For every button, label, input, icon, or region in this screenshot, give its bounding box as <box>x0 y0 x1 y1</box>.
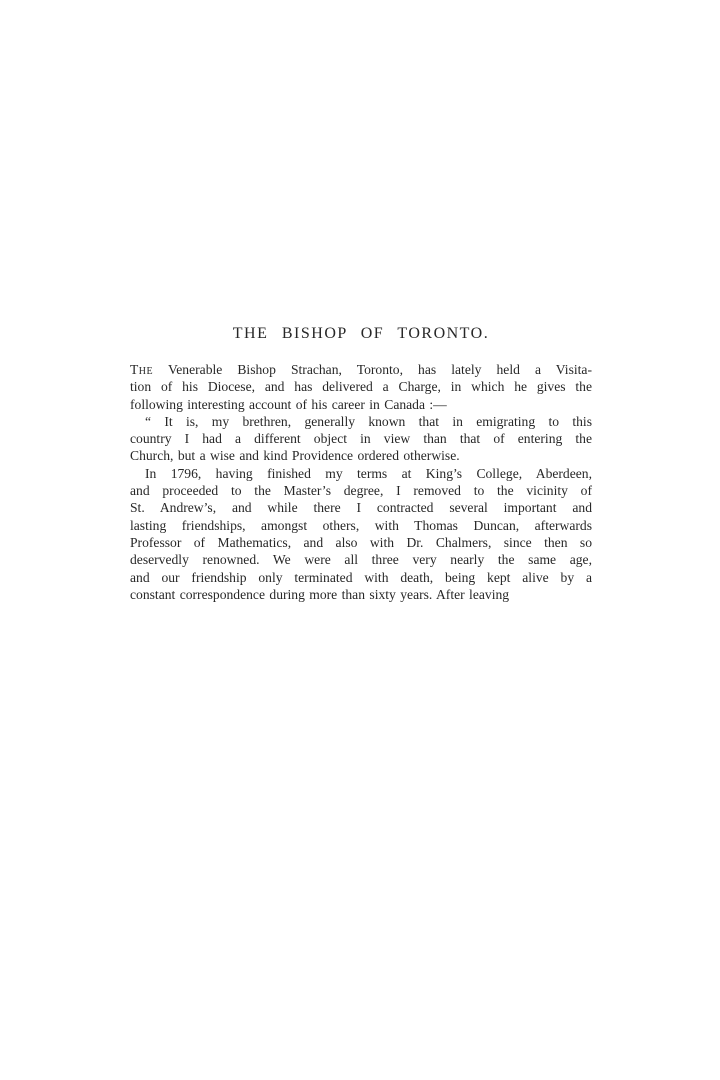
paragraph-intro: The Venerable Bishop Strachan, Toronto, … <box>130 361 592 413</box>
text-line: Professor of Mathematics, and also with … <box>130 534 592 551</box>
text-block: THE BISHOP OF TORONTO. The Venerable Bis… <box>130 325 592 603</box>
page-title: THE BISHOP OF TORONTO. <box>130 325 592 343</box>
text-line: and our friendship only terminated with … <box>130 569 592 586</box>
text-line: following interesting account of his car… <box>130 396 592 413</box>
text-line: constant correspondence during more than… <box>130 586 592 603</box>
smallcaps-lead-word: The <box>130 362 153 377</box>
scanned-book-page: THE BISHOP OF TORONTO. The Venerable Bis… <box>0 0 720 1080</box>
text-line: and proceeded to the Master’s degree, I … <box>130 482 592 499</box>
text-line: In 1796, having finished my terms at Kin… <box>130 465 592 482</box>
text-line-rest: Venerable Bishop Strachan, Toronto, has … <box>153 362 592 377</box>
paragraph-quote-open: “ It is, my brethren, generally known th… <box>130 413 592 465</box>
text-line: country I had a different object in view… <box>130 430 592 447</box>
text-line: Church, but a wise and kind Providence o… <box>130 447 592 464</box>
text-line: lasting friendships, amongst others, wit… <box>130 517 592 534</box>
text-line: “ It is, my brethren, generally known th… <box>130 413 592 430</box>
text-line: St. Andrew’s, and while there I contract… <box>130 499 592 516</box>
paragraph-1796: In 1796, having finished my terms at Kin… <box>130 465 592 603</box>
text-line: The Venerable Bishop Strachan, Toronto, … <box>130 361 592 378</box>
text-line: deservedly renowned. We were all three v… <box>130 551 592 568</box>
text-line: tion of his Diocese, and has delivered a… <box>130 378 592 395</box>
